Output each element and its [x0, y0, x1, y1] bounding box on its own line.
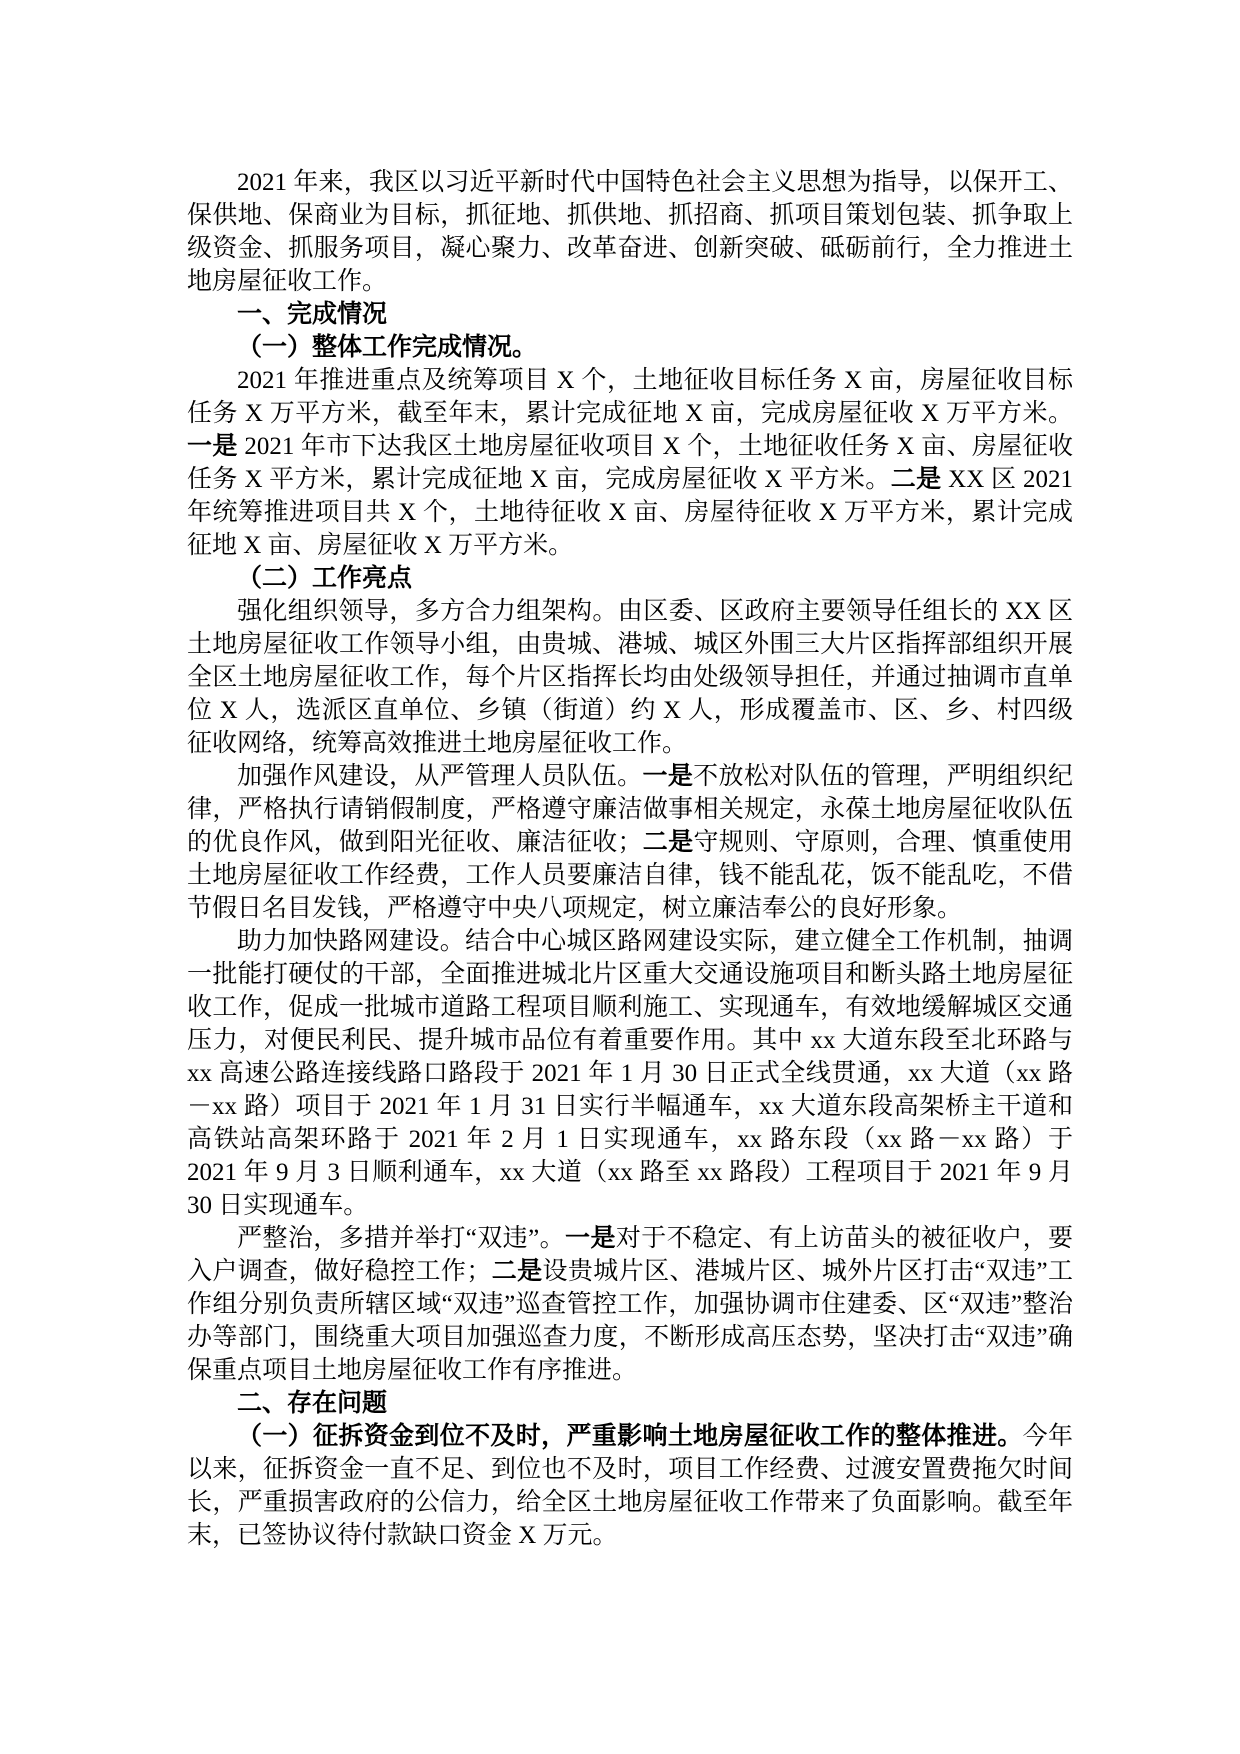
- body-paragraph: 加强作风建设，从严管理人员队伍。一是不放松对队伍的管理，严明组织纪律，严格执行请…: [187, 760, 1073, 925]
- body-paragraph: 2021 年推进重点及统筹项目 X 个，土地征收目标任务 X 亩，房屋征收目标任…: [187, 364, 1073, 562]
- bold-text-run: 二、存在问题: [237, 1389, 387, 1417]
- text-run: 加强作风建设，从严管理人员队伍。: [237, 763, 642, 790]
- bold-text-run: （一）征拆资金到位不及时，严重影响土地房屋征收工作的整体推进。: [237, 1422, 1023, 1450]
- text-run: 强化组织领导，多方合力组架构。由区委、区政府主要领导任组长的 XX 区土地房屋征…: [187, 598, 1073, 757]
- document-content: 2021 年来，我区以习近平新时代中国特色社会主义思想为指导，以保开工、保供地、…: [187, 166, 1073, 1552]
- text-run: 2021 年推进重点及统筹项目 X 个，土地征收目标任务 X 亩，房屋征收目标任…: [187, 367, 1073, 427]
- bold-text-run: 二是: [642, 828, 693, 856]
- section-heading: （一）整体工作完成情况。: [187, 331, 1073, 364]
- section-heading: 二、存在问题: [187, 1387, 1073, 1420]
- bold-text-run: 二是: [491, 1257, 542, 1285]
- bold-text-run: 一、完成情况: [237, 300, 387, 328]
- bold-text-run: 一是: [565, 1224, 616, 1252]
- bold-text-run: （二）工作亮点: [237, 564, 412, 592]
- body-paragraph: 强化组织领导，多方合力组架构。由区委、区政府主要领导任组长的 XX 区土地房屋征…: [187, 595, 1073, 760]
- section-heading: 一、完成情况: [187, 298, 1073, 331]
- body-paragraph: 严整治，多措并举打“双违”。一是对于不稳定、有上访苗头的被征收户，要入户调查，做…: [187, 1222, 1073, 1387]
- document-page: 2021 年来，我区以习近平新时代中国特色社会主义思想为指导，以保开工、保供地、…: [0, 0, 1240, 1754]
- text-run: 严整治，多措并举打“双违”。: [237, 1225, 565, 1252]
- text-run: 助力加快路网建设。结合中心城区路网建设实际，建立健全工作机制，抽调一批能打硬仗的…: [187, 928, 1073, 1219]
- bold-text-run: （一）整体工作完成情况。: [237, 333, 537, 361]
- bold-text-run: 一是: [187, 432, 238, 460]
- bold-text-run: 二是: [891, 465, 942, 493]
- bold-text-run: 一是: [642, 762, 693, 790]
- body-paragraph: 2021 年来，我区以习近平新时代中国特色社会主义思想为指导，以保开工、保供地、…: [187, 166, 1073, 298]
- body-paragraph: 助力加快路网建设。结合中心城区路网建设实际，建立健全工作机制，抽调一批能打硬仗的…: [187, 925, 1073, 1222]
- section-heading: （二）工作亮点: [187, 562, 1073, 595]
- text-run: 2021 年来，我区以习近平新时代中国特色社会主义思想为指导，以保开工、保供地、…: [187, 169, 1073, 295]
- body-paragraph: （一）征拆资金到位不及时，严重影响土地房屋征收工作的整体推进。今年以来，征拆资金…: [187, 1420, 1073, 1552]
